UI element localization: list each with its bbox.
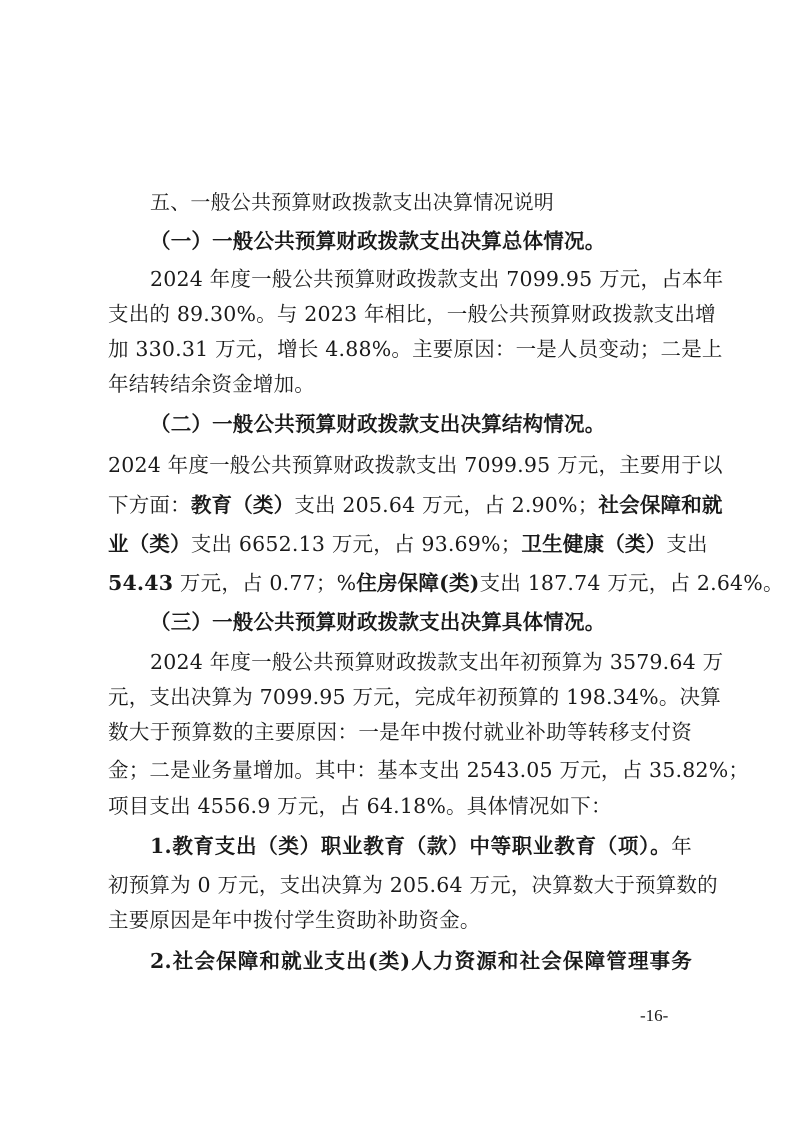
paragraph-line: 2024 年度一般公共预算财政拨款支出 7099.95 万元，占本年: [150, 267, 692, 291]
paragraph-line: 54.43 万元，占 0.77；%住房保障(类)支出 187.74 万元，占 2…: [108, 571, 692, 595]
paragraph-line: 2024 年度一般公共预算财政拨款支出年初预算为 3579.64 万: [150, 650, 692, 674]
paragraph-line: 数大于预算数的主要原因：一是年中拨付就业补助等转移支付资: [108, 720, 692, 744]
item-1-heading: 1.教育支出（类）职业教育（款）中等职业教育（项）。年: [150, 834, 692, 858]
category-housing: 住房保障(类): [356, 571, 479, 595]
category-social-security-cont: 业（类）: [108, 532, 191, 556]
paragraph-line: 主要原因是年中拨付学生资助补助资金。: [108, 908, 692, 932]
paragraph-line: 元，支出决算为 7099.95 万元，完成年初预算的 198.34%。决算: [108, 685, 692, 709]
subsection-3-heading: （三）一般公共预算财政拨款支出决算具体情况。: [150, 610, 692, 634]
paragraph-line: 支出的 89.30%。与 2023 年相比，一般公共预算财政拨款支出增: [108, 302, 692, 326]
document-page: 五、一般公共预算财政拨款支出决算情况说明 （一）一般公共预算财政拨款支出决算总体…: [0, 0, 793, 1122]
category-education: 教育（类）: [191, 493, 295, 517]
text-run: 支出: [666, 532, 707, 556]
text-run: 支出 6652.13 万元，占 93.69%；: [191, 532, 522, 556]
text-run: 年: [671, 834, 692, 858]
category-health: 卫生健康（类）: [521, 532, 666, 556]
paragraph-line: 下方面：教育（类）支出 205.64 万元，占 2.90%；社会保障和就: [108, 493, 692, 517]
item-1-title: 1.教育支出（类）职业教育（款）中等职业教育（项）。: [150, 834, 671, 858]
paragraph-line: 2024 年度一般公共预算财政拨款支出 7099.95 万元，主要用于以: [108, 453, 692, 477]
page-number: -16-: [640, 1006, 668, 1026]
paragraph-line: 年结转结余资金增加。: [108, 372, 692, 396]
subsection-2-heading: （二）一般公共预算财政拨款支出决算结构情况。: [150, 412, 692, 436]
section-title: 五、一般公共预算财政拨款支出决算情况说明: [150, 190, 692, 214]
paragraph-line: 初预算为 0 万元，支出决算为 205.64 万元，决算数大于预算数的: [108, 873, 692, 897]
text-run: 支出 205.64 万元，占 2.90%；: [294, 493, 598, 517]
subsection-1-heading: （一）一般公共预算财政拨款支出决算总体情况。: [150, 229, 692, 253]
paragraph-line: 加 330.31 万元，增长 4.88%。主要原因：一是人员变动；二是上: [108, 337, 692, 361]
health-amount: 54.43: [108, 571, 173, 595]
paragraph-line: 业（类）支出 6652.13 万元，占 93.69%；卫生健康（类）支出: [108, 532, 692, 556]
text-run: 万元，占 0.77；%: [173, 571, 356, 595]
item-2-heading: 2.社会保障和就业支出(类)人力资源和社会保障管理事务: [150, 949, 692, 973]
category-social-security: 社会保障和就: [598, 493, 722, 517]
paragraph-line: 项目支出 4556.9 万元，占 64.18%。具体情况如下：: [108, 794, 692, 818]
text-run: 支出 187.74 万元，占 2.64%。: [480, 571, 784, 595]
paragraph-line: 金；二是业务量增加。其中：基本支出 2543.05 万元，占 35.82%；: [108, 758, 692, 782]
text-run: 下方面：: [108, 493, 191, 517]
